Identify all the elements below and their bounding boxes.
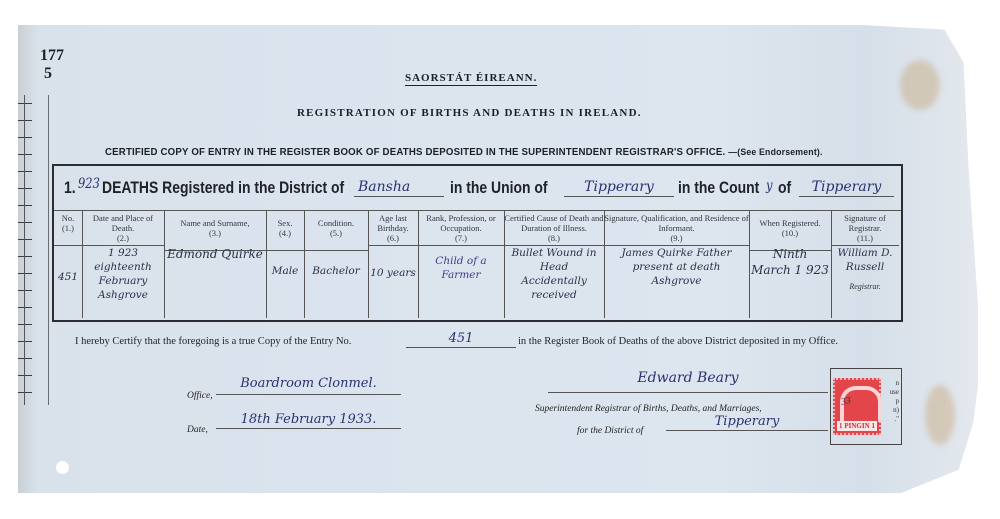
superintendent-signature: Edward Beary — [548, 370, 828, 393]
col-name: Name and Surname,(3.) Edmond Quirke — [164, 210, 267, 318]
certified-copy-heading: CERTIFIED COPY OF ENTRY IN THE REGISTER … — [105, 146, 823, 158]
col-label: Signature of Registrar. — [844, 213, 886, 233]
ref-number: 177 — [40, 47, 64, 65]
col-num: (9.) — [670, 233, 682, 243]
col-registered: When Registered.(10.) Ninth March 1 923 — [749, 210, 832, 318]
county-suffix: y — [766, 178, 772, 194]
col-age: Age last Birthday.(6.) 10 years — [368, 210, 419, 318]
col-no: No.(1.) 451 — [54, 210, 83, 318]
county-value: Tipperary — [812, 179, 882, 195]
year-handwritten: 923 — [78, 176, 100, 192]
entry-date-place: 1 923 eighteenth February Ashgrove — [84, 246, 162, 316]
stamp-value-text: PINGIN — [844, 421, 869, 431]
district-fill: Bansha — [354, 178, 444, 197]
deaths-label: DEATHS Registered in the District of — [102, 178, 344, 198]
year-prefix: 1. — [64, 178, 76, 198]
col-registrar: Signature of Registrar.(11.) William D. … — [831, 210, 899, 318]
certification-text: I hereby Certify that the foregoing is a… — [75, 336, 351, 347]
age-stain — [925, 385, 955, 445]
col-num: (8.) — [548, 233, 560, 243]
register-entry-table: 1. 923 DEATHS Registered in the District… — [52, 164, 903, 322]
postage-stamp: 33 1 PINGIN 1 — [833, 378, 881, 435]
col-label: Sex. — [278, 218, 293, 228]
registrar-signature: William D. Russell — [838, 247, 893, 273]
stamp-box-text: nusepn)." — [890, 379, 899, 424]
col-date-place: Date and Place of Death.(2.) 1 923 eight… — [82, 210, 165, 318]
county-label: in the Count — [678, 178, 759, 198]
entry-name: Edmond Quirke — [166, 246, 264, 316]
age-stain — [900, 60, 940, 110]
district-title-row: 1. 923 DEATHS Registered in the District… — [54, 166, 901, 211]
entry-age: 10 years — [370, 266, 416, 316]
stamp-cancellation: 33 — [840, 395, 852, 408]
registration-heading: REGISTRATION OF BIRTHS AND DEATHS IN IRE… — [297, 107, 642, 119]
margin-line — [48, 95, 49, 405]
entry-registered: Ninth March 1 923 — [751, 246, 829, 316]
col-sex: Sex.(4.) Male — [266, 210, 305, 318]
reference-numbers: 177 5 — [40, 47, 64, 83]
entry-condition: Bachelor — [306, 264, 366, 316]
col-num: (11.) — [857, 233, 873, 243]
entry-sex: Male — [268, 264, 302, 316]
district-label: for the District of — [577, 426, 643, 436]
col-condition: Condition.(5.) Bachelor — [304, 210, 369, 318]
col-occupation: Rank, Profession, or Occupation.(7.) Chi… — [418, 210, 505, 318]
col-label: Rank, Profession, or Occupation. — [426, 213, 495, 233]
stamp-value: 1 PINGIN 1 — [837, 421, 877, 431]
date-value: 18th February 1933. — [216, 412, 401, 429]
col-label: No. — [62, 213, 75, 223]
district-value: Bansha — [354, 179, 410, 195]
union-fill: Tipperary — [564, 178, 674, 197]
subtitle-text: CERTIFIED COPY OF ENTRY IN THE REGISTER … — [105, 146, 725, 158]
col-cause: Certified Cause of Death and Duration of… — [504, 210, 605, 318]
punch-hole — [56, 461, 69, 474]
col-label: When Registered. — [760, 218, 821, 228]
col-label: Age last Birthday. — [377, 213, 408, 233]
col-num: (2.) — [117, 233, 129, 243]
county-fill: Tipperary — [799, 178, 894, 197]
ref-number: 5 — [40, 65, 64, 83]
entry-registrar: William D. Russell Registrar. — [833, 246, 897, 316]
certified-entry-no: 451 — [406, 333, 516, 348]
entry-columns: No.(1.) 451 Date and Place of Death.(2.)… — [54, 210, 901, 318]
col-label: Date and Place of Death. — [93, 213, 153, 233]
col-num: (4.) — [279, 228, 291, 238]
union-value: Tipperary — [584, 179, 654, 195]
stamp-value-right: 1 — [872, 421, 876, 431]
col-num: (7.) — [455, 233, 467, 243]
union-label: in the Union of — [450, 178, 548, 198]
office-value: Boardroom Clonmel. — [216, 376, 401, 395]
superintendent-title: Superintendent Registrar of Births, Deat… — [535, 404, 762, 414]
entry-occupation: Child of a Farmer — [420, 254, 502, 316]
col-num: (6.) — [387, 233, 399, 243]
registrar-label: Registrar. — [833, 280, 897, 294]
col-informant: Signature, Qualification, and Residence … — [604, 210, 750, 318]
col-label: Signature, Qualification, and Residence … — [604, 213, 748, 233]
col-num: (5.) — [330, 228, 342, 238]
state-heading: SAORSTÁT ÉIREANN. — [405, 72, 537, 86]
entry-informant: James Quirke Father present at death Ash… — [606, 246, 747, 316]
office-label: Office, — [187, 391, 213, 401]
endorsement-note: —(See Endorsement). — [728, 147, 822, 158]
col-num: (10.) — [782, 228, 798, 238]
entry-cause: Bullet Wound in Head Accidentally receiv… — [506, 246, 602, 316]
col-label: Name and Surname, — [180, 218, 249, 228]
county-of-label: of — [778, 178, 791, 198]
stamp-value-left: 1 — [839, 421, 843, 431]
entry-no: 451 — [56, 270, 80, 316]
col-num: (3.) — [209, 228, 221, 238]
date-label: Date, — [187, 425, 208, 435]
decorative-border — [18, 95, 32, 405]
col-num: (1.) — [62, 223, 74, 233]
district-value: Tipperary — [666, 414, 828, 431]
certification-text-end: in the Register Book of Deaths of the ab… — [518, 336, 838, 347]
col-label: Condition. — [318, 218, 354, 228]
col-label: Certified Cause of Death and Duration of… — [504, 213, 603, 233]
